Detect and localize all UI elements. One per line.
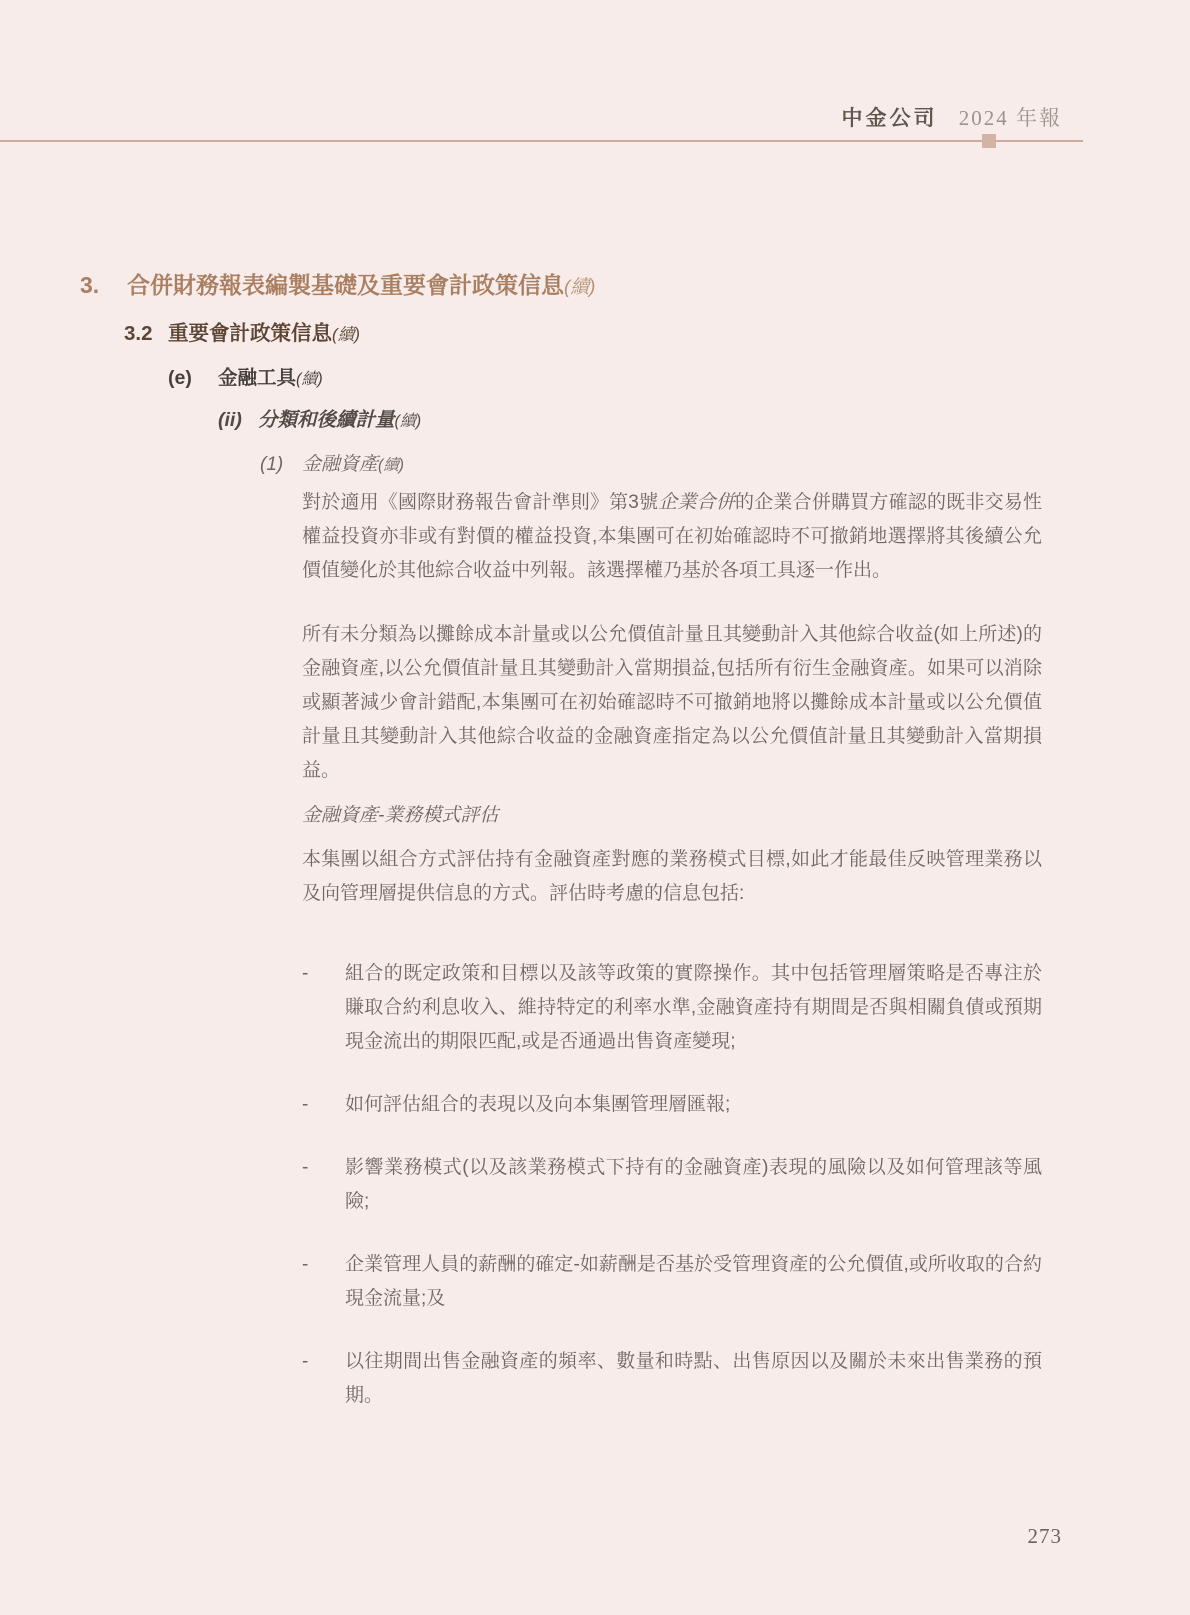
- consideration-bullet-list: - 組合的既定政策和目標以及該等政策的實際操作。其中包括管理層策略是否專注於賺取…: [302, 957, 1042, 1413]
- bullet-text-1: 組合的既定政策和目標以及該等政策的實際操作。其中包括管理層策略是否專注於賺取合約…: [345, 957, 1042, 1059]
- item-1-number: (1): [260, 452, 302, 477]
- bullet-item-5: - 以往期間出售金融資產的頻率、數量和時點、出售原因以及關於未來出售業務的預期。: [302, 1345, 1042, 1413]
- bullet-item-3: - 影響業務模式(以及該業務模式下持有的金融資產)表現的風險以及如何管理該等風險…: [302, 1151, 1042, 1219]
- section-title-text: 合併財務報表編製基礎及重要會計政策信息: [127, 272, 564, 298]
- subsection-heading: 3.2 重要會計政策信息(續): [124, 320, 1042, 349]
- item-e-title: 金融工具(續): [218, 365, 323, 393]
- header-rule: [0, 140, 1083, 142]
- bullet-text-4: 企業管理人員的薪酬的確定-如薪酬是否基於受管理資產的公允價值,或所收取的合約現金…: [345, 1248, 1042, 1316]
- item-ii-heading: (ii) 分類和後續計量(續): [218, 407, 1042, 435]
- paragraph-1: 對於適用《國際財務報告會計準則》第3號企業合併的企業合併購買方確認的既非交易性權…: [302, 486, 1042, 588]
- header-rule-marker: [982, 134, 996, 148]
- item-e-heading: (e) 金融工具(續): [168, 365, 1042, 393]
- item-ii-title: 分類和後續計量(續): [258, 407, 421, 435]
- section-number: 3.: [80, 270, 127, 300]
- bullet-dash-icon: -: [302, 957, 345, 1059]
- item-e-continued-mark: (續): [296, 371, 323, 388]
- item-ii-number: (ii): [218, 407, 258, 434]
- paragraph-1-seg1: 對於適用《國際財務報告會計準則》第3號: [302, 492, 658, 513]
- bullet-item-1: - 組合的既定政策和目標以及該等政策的實際操作。其中包括管理層策略是否專注於賺取…: [302, 957, 1042, 1059]
- item-1-title: 金融資產(續): [302, 452, 404, 478]
- business-model-intro: 本集團以組合方式評估持有金融資產對應的業務模式目標,如此才能最佳反映管理業務以及…: [302, 843, 1042, 911]
- item-1-heading: (1) 金融資產(續): [260, 452, 1042, 478]
- section-heading: 3. 合併財務報表編製基礎及重要會計政策信息(續): [80, 270, 1042, 302]
- paragraph-3: 本集團以組合方式評估持有金融資產對應的業務模式目標,如此才能最佳反映管理業務以及…: [302, 843, 1042, 911]
- subsection-title-text: 重要會計政策信息: [168, 322, 332, 345]
- item-ii-title-text: 分類和後續計量: [258, 409, 395, 431]
- item-e-title-text: 金融工具: [218, 367, 296, 389]
- bullet-text-2: 如何評估組合的表現以及向本集團管理層匯報;: [345, 1088, 1042, 1122]
- bullet-dash-icon: -: [302, 1088, 345, 1122]
- subsection-title: 重要會計政策信息(續): [168, 320, 360, 349]
- company-name: 中金公司: [842, 106, 938, 130]
- bullet-dash-icon: -: [302, 1248, 345, 1316]
- item-1-title-text: 金融資產: [302, 454, 378, 475]
- bullet-item-4: - 企業管理人員的薪酬的確定-如薪酬是否基於受管理資產的公允價值,或所收取的合約…: [302, 1248, 1042, 1316]
- bullet-dash-icon: -: [302, 1345, 345, 1413]
- section-continued-mark: (續): [564, 276, 595, 297]
- bullet-text-5: 以往期間出售金融資產的頻率、數量和時點、出售原因以及關於未來出售業務的預期。: [345, 1345, 1042, 1413]
- paragraph-2: 所有未分類為以攤餘成本計量或以公允價值計量且其變動計入其他綜合收益(如上所述)的…: [302, 618, 1042, 788]
- subsection-continued-mark: (續): [332, 325, 360, 344]
- item-ii-continued-mark: (續): [395, 413, 422, 430]
- annual-report-page: 中金公司 2024 年報 3. 合併財務報表編製基礎及重要會計政策信息(續) 3…: [0, 0, 1190, 1615]
- section-title: 合併財務報表編製基礎及重要會計政策信息(續): [127, 270, 595, 302]
- subsection-number: 3.2: [124, 320, 168, 348]
- page-content: 3. 合併財務報表編製基礎及重要會計政策信息(續) 3.2 重要會計政策信息(續…: [80, 270, 1042, 1442]
- body-text-block: 對於適用《國際財務報告會計準則》第3號企業合併的企業合併購買方確認的既非交易性權…: [302, 486, 1042, 788]
- page-number: 273: [1028, 1524, 1063, 1549]
- bullet-text-3: 影響業務模式(以及該業務模式下持有的金融資產)表現的風險以及如何管理該等風險;: [345, 1151, 1042, 1219]
- running-header: 中金公司 2024 年報: [842, 106, 1063, 130]
- item-e-number: (e): [168, 365, 218, 392]
- report-edition: 2024 年報: [959, 106, 1062, 130]
- bullet-item-2: - 如何評估組合的表現以及向本集團管理層匯報;: [302, 1088, 1042, 1122]
- business-model-heading: 金融資產-業務模式評估: [302, 802, 1042, 829]
- bullet-dash-icon: -: [302, 1151, 345, 1219]
- item-1-continued-mark: (續): [378, 457, 404, 474]
- paragraph-1-standard-name: 企業合併: [658, 492, 735, 513]
